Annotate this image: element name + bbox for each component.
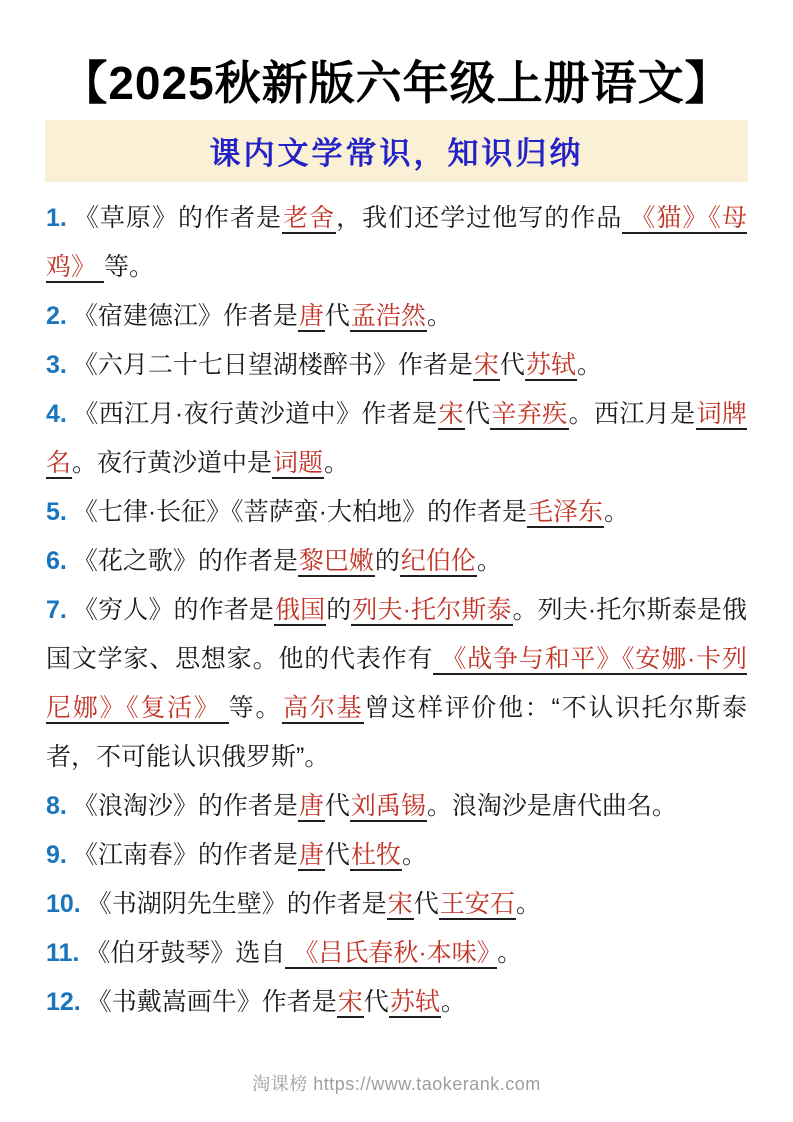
item-text: 等。	[229, 694, 282, 722]
item-text: 《书湖阴先生壁》的作者是	[87, 890, 387, 918]
item-text: 的	[326, 596, 351, 624]
answer-blank: 宋	[438, 400, 465, 430]
item-number: 1.	[46, 204, 67, 232]
item-number: 2.	[46, 302, 67, 330]
item-text: 。	[477, 547, 502, 575]
answer-blank: 孟浩然	[350, 302, 427, 332]
answer-blank: 宋	[473, 351, 500, 381]
list-item: 9.《江南春》的作者是唐代杜牧。	[46, 831, 747, 880]
item-text: 代	[325, 792, 350, 820]
item-text: 的	[375, 547, 400, 575]
list-item: 6.《花之歌》的作者是黎巴嫩的纪伯伦。	[46, 537, 747, 586]
answer-blank: 唐	[298, 792, 325, 822]
item-number: 11.	[46, 939, 79, 967]
subtitle-banner: 课内文学常识，知识归纳	[45, 120, 748, 182]
item-text: 代	[500, 351, 525, 379]
list-item: 12.《书戴嵩画牛》作者是宋代苏轼。	[46, 978, 747, 1027]
document-page: 【2025秋新版六年级上册语文】 课内文学常识，知识归纳 1.《草原》的作者是老…	[0, 0, 793, 1122]
item-text: 。	[441, 988, 466, 1016]
item-number: 6.	[46, 547, 67, 575]
item-text: ，我们还学过他写的作品	[336, 204, 622, 232]
item-text: 。	[402, 841, 427, 869]
item-text: 代	[325, 841, 350, 869]
item-text: 。西江月是	[569, 400, 696, 428]
item-text: 《草原》的作者是	[73, 204, 282, 232]
item-text: 。夜行黄沙道中是	[72, 449, 272, 477]
answer-blank: 苏轼	[525, 351, 577, 381]
list-item: 4.《西江月·夜行黄沙道中》作者是宋代辛弃疾。西江月是词牌名。夜行黄沙道中是词题…	[46, 390, 747, 488]
item-text: 代	[364, 988, 389, 1016]
watermark-footer: 淘课榜 https://www.taokerank.com	[0, 1070, 793, 1096]
item-text: 《书戴嵩画牛》作者是	[87, 988, 337, 1016]
list-item: 2.《宿建德江》作者是唐代孟浩然。	[46, 292, 747, 341]
item-text: 《宿建德江》作者是	[73, 302, 298, 330]
knowledge-list: 1.《草原》的作者是老舍，我们还学过他写的作品《猫》《母鸡》等。2.《宿建德江》…	[46, 194, 747, 1027]
answer-blank: 老舍	[282, 204, 336, 234]
page-subtitle: 课内文学常识，知识归纳	[210, 128, 584, 173]
item-text: 《穷人》的作者是	[73, 596, 274, 624]
answer-blank: 黎巴嫩	[298, 547, 375, 577]
item-text: 代	[325, 302, 350, 330]
answer-blank: 列夫·托尔斯泰	[351, 596, 512, 626]
answer-blank: 俄国	[274, 596, 326, 626]
item-text: 《西江月·夜行黄沙道中》作者是	[73, 400, 438, 428]
item-text: 。	[516, 890, 541, 918]
list-item: 11.《伯牙鼓琴》选自《吕氏春秋·本味》。	[46, 929, 747, 978]
item-number: 3.	[46, 351, 67, 379]
item-text: 《浪淘沙》的作者是	[73, 792, 298, 820]
answer-blank: 王安石	[439, 890, 516, 920]
list-item: 8.《浪淘沙》的作者是唐代刘禹锡。浪淘沙是唐代曲名。	[46, 782, 747, 831]
answer-blank: 毛泽东	[527, 498, 604, 528]
answer-blank: 宋	[387, 890, 414, 920]
answer-blank: 宋	[337, 988, 364, 1018]
item-text: 代	[414, 890, 439, 918]
item-text: 《六月二十七日望湖楼醉书》作者是	[73, 351, 473, 379]
item-number: 5.	[46, 498, 67, 526]
answer-blank: 词题	[272, 449, 324, 479]
list-item: 10.《书湖阴先生壁》的作者是宋代王安石。	[46, 880, 747, 929]
item-text: 。浪淘沙是唐代曲名。	[427, 792, 677, 820]
page-title: 【2025秋新版六年级上册语文】	[0, 54, 793, 114]
item-text: 《七律·长征》《菩萨蛮·大柏地》的作者是	[73, 498, 527, 526]
item-text: 。	[497, 939, 522, 967]
answer-blank: 纪伯伦	[400, 547, 477, 577]
answer-blank: 杜牧	[350, 841, 402, 871]
list-item: 7.《穷人》的作者是俄国的列夫·托尔斯泰。列夫·托尔斯泰是俄国文学家、思想家。他…	[46, 586, 747, 782]
item-text: 等。	[104, 253, 154, 281]
item-text: 。	[427, 302, 452, 330]
item-number: 7.	[46, 596, 67, 624]
item-number: 9.	[46, 841, 67, 869]
item-text: 。	[324, 449, 349, 477]
item-text: 。	[604, 498, 629, 526]
answer-blank: 高尔基	[282, 694, 364, 724]
item-text: 代	[465, 400, 490, 428]
item-text: 《花之歌》的作者是	[73, 547, 298, 575]
answer-blank: 唐	[298, 841, 325, 871]
answer-blank: 辛弃疾	[490, 400, 568, 430]
item-text: 《伯牙鼓琴》选自	[85, 939, 285, 967]
answer-blank: 《吕氏春秋·本味》	[285, 939, 497, 969]
answer-blank: 苏轼	[389, 988, 441, 1018]
item-number: 12.	[46, 988, 81, 1016]
list-item: 1.《草原》的作者是老舍，我们还学过他写的作品《猫》《母鸡》等。	[46, 194, 747, 292]
answer-blank: 唐	[298, 302, 325, 332]
item-text: 《江南春》的作者是	[73, 841, 298, 869]
item-text: 。	[577, 351, 602, 379]
answer-blank: 刘禹锡	[350, 792, 427, 822]
list-item: 3.《六月二十七日望湖楼醉书》作者是宋代苏轼。	[46, 341, 747, 390]
item-number: 10.	[46, 890, 81, 918]
item-number: 8.	[46, 792, 67, 820]
item-number: 4.	[46, 400, 67, 428]
list-item: 5.《七律·长征》《菩萨蛮·大柏地》的作者是毛泽东。	[46, 488, 747, 537]
